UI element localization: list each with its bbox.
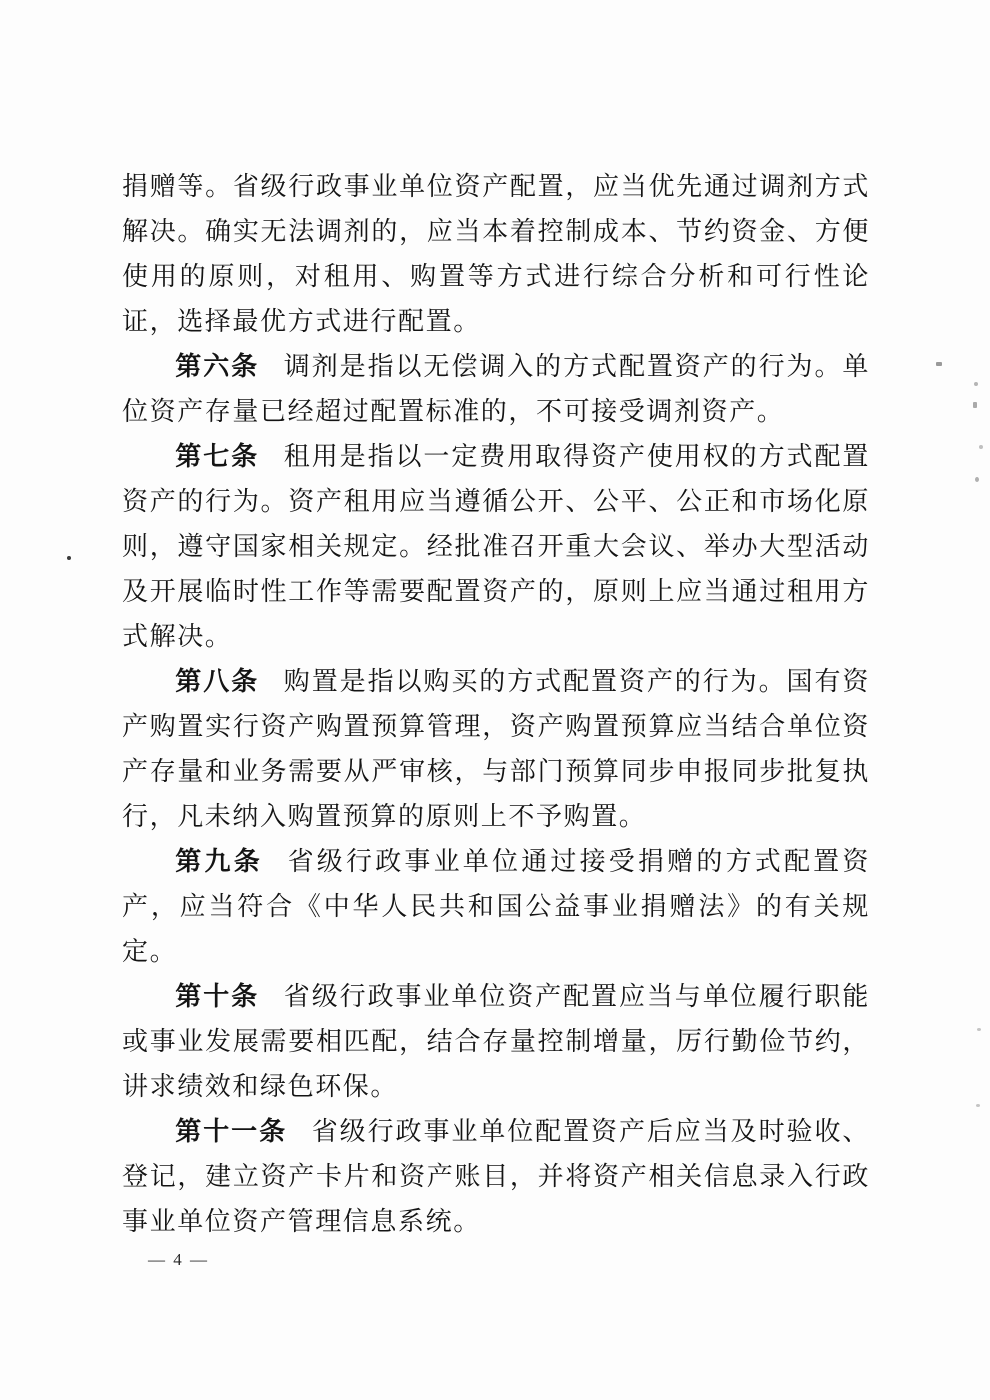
scan-speck	[973, 402, 977, 408]
clause-8-paragraph: 第八条购置是指以购买的方式配置资产的行为。国有资产购置实行资产购置预算管理，资产…	[122, 659, 870, 839]
clause-10-number: 第十条	[175, 982, 259, 1011]
scan-speck	[974, 382, 978, 386]
scan-speck	[975, 477, 979, 482]
clause-11-number: 第十一条	[175, 1117, 287, 1146]
clause-7-paragraph: 第七条租用是指以一定费用取得资产使用权的方式配置资产的行为。资产租用应当遵循公开…	[122, 434, 870, 659]
document-body: 捐赠等。省级行政事业单位资产配置，应当优先通过调剂方式解决。确实无法调剂的，应当…	[122, 164, 870, 1244]
clause-6-number: 第六条	[175, 352, 259, 381]
body-paragraph-continuation: 捐赠等。省级行政事业单位资产配置，应当优先通过调剂方式解决。确实无法调剂的，应当…	[122, 164, 870, 344]
page-number: — 4 —	[148, 1250, 209, 1270]
scan-speck	[977, 1028, 981, 1031]
scan-speck	[976, 1104, 980, 1107]
scan-speck	[67, 556, 71, 560]
clause-7-number: 第七条	[175, 442, 259, 471]
clause-11-paragraph: 第十一条省级行政事业单位配置资产后应当及时验收、登记，建立资产卡片和资产账目，并…	[122, 1109, 870, 1244]
clause-9-paragraph: 第九条省级行政事业单位通过接受捐赠的方式配置资产，应当符合《中华人民共和国公益事…	[122, 839, 870, 974]
clause-6-paragraph: 第六条调剂是指以无偿调入的方式配置资产的行为。单位资产存量已经超过配置标准的，不…	[122, 344, 870, 434]
clause-7-text: 租用是指以一定费用取得资产使用权的方式配置资产的行为。资产租用应当遵循公开、公平…	[122, 442, 870, 651]
clause-8-number: 第八条	[175, 667, 259, 696]
scan-speck	[936, 362, 942, 366]
scan-speck	[979, 445, 983, 449]
paragraph-text: 捐赠等。省级行政事业单位资产配置，应当优先通过调剂方式解决。确实无法调剂的，应当…	[122, 172, 870, 336]
document-page: 捐赠等。省级行政事业单位资产配置，应当优先通过调剂方式解决。确实无法调剂的，应当…	[0, 0, 990, 1400]
clause-9-number: 第九条	[175, 847, 263, 876]
clause-10-paragraph: 第十条省级行政事业单位资产配置应当与单位履行职能或事业发展需要相匹配，结合存量控…	[122, 974, 870, 1109]
